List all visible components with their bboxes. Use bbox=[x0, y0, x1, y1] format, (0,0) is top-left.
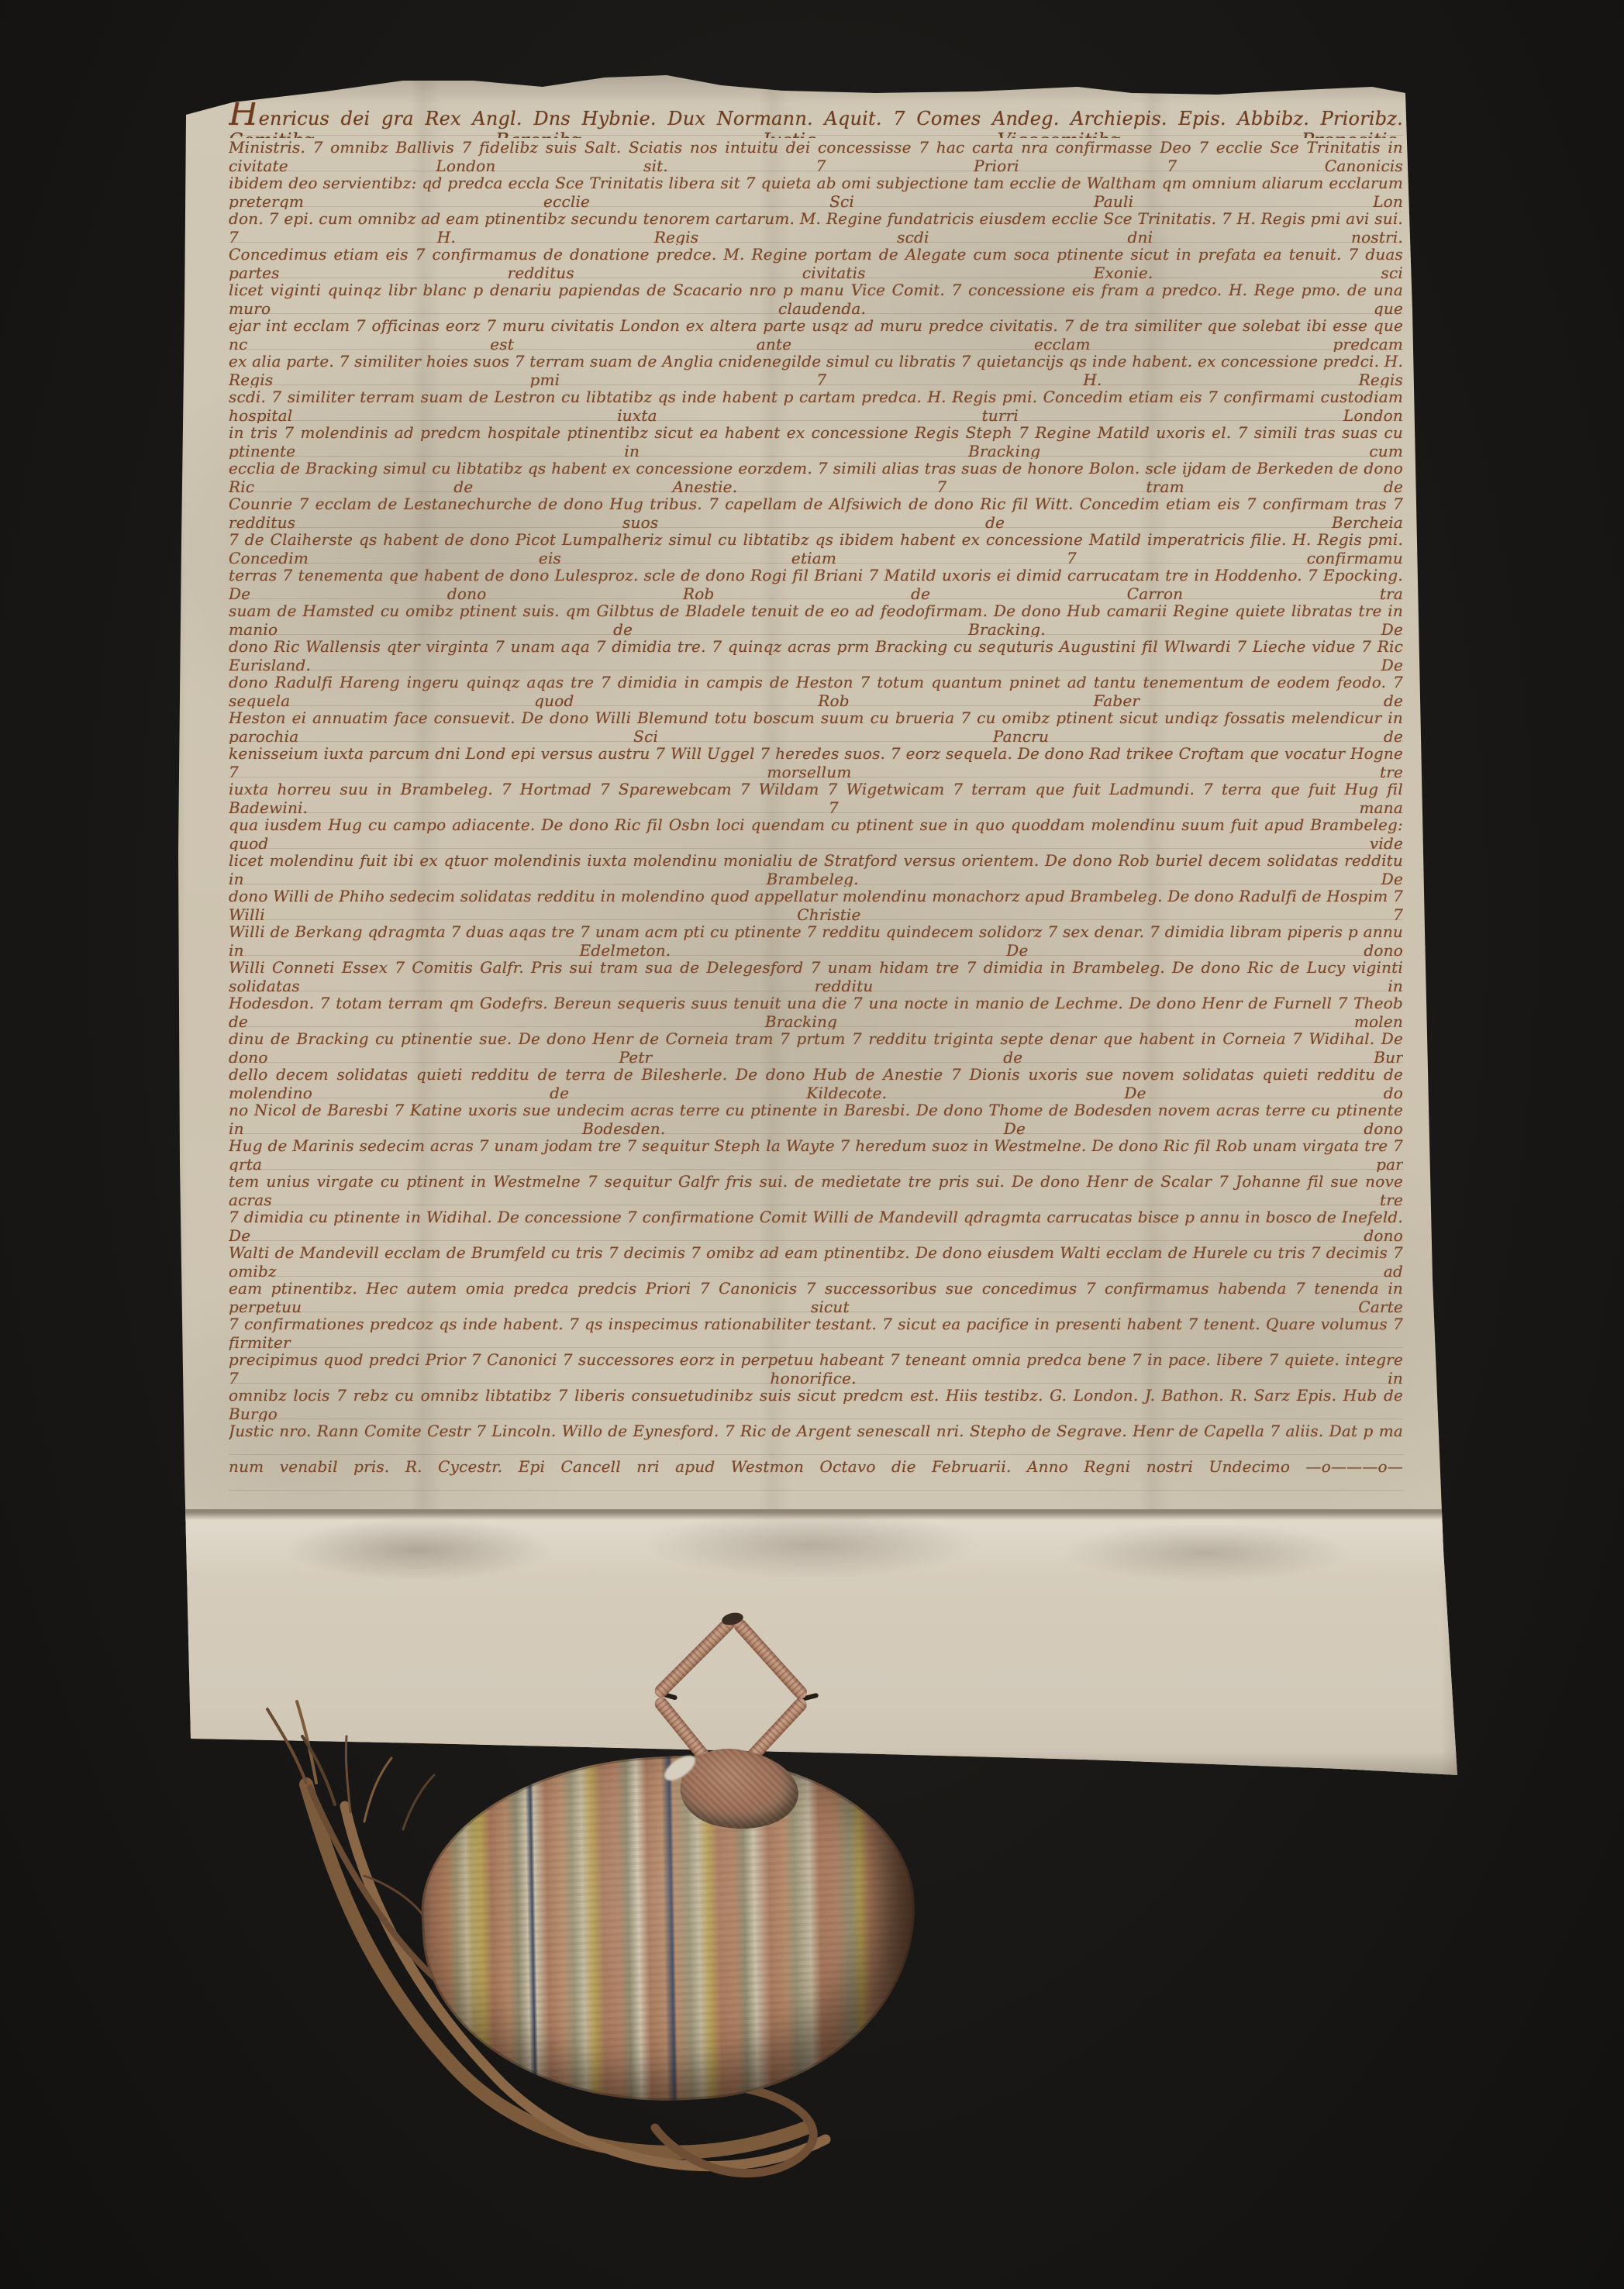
charter-text-line: dono Ric Wallensis qter virginta 7 unam … bbox=[229, 637, 1403, 673]
charter-text-block: Henricus dei gra Rex Angl. Dns Hybnie. D… bbox=[229, 102, 1403, 1493]
charter-text-line: eam ptinentibz. Hec autem omia predca pr… bbox=[229, 1279, 1403, 1315]
charter-text-line: no Nicol de Baresbi 7 Katine uxoris sue … bbox=[229, 1101, 1403, 1136]
charter-text-line: dono Radulfi Hareng ingeru quinqz aqas t… bbox=[229, 673, 1403, 708]
charter-text-line: Willi Conneti Essex 7 Comitis Galfr. Pri… bbox=[229, 958, 1403, 994]
braid-fray bbox=[302, 1736, 335, 1805]
charter-text-line: precipimus quod predci Prior 7 Canonici … bbox=[229, 1350, 1403, 1386]
charter-text-line: dinu de Bracking cu ptinentie sue. De do… bbox=[229, 1029, 1403, 1065]
charter-text-line: terras 7 tenementa que habent de dono Lu… bbox=[229, 566, 1403, 602]
charter-text-line: dono Willi de Phiho sedecim solidatas re… bbox=[229, 887, 1403, 922]
charter-text-line: Counrie 7 ecclam de Lestanechurche de do… bbox=[229, 495, 1403, 530]
charter-text-line: Justic nro. Rann Comite Cestr 7 Lincoln.… bbox=[229, 1422, 1403, 1457]
charter-text-line: licet molendinu fuit ibi ex qtuor molend… bbox=[229, 851, 1403, 887]
plica-fold bbox=[155, 1509, 1469, 1787]
charter-text-line: ejar int ecclam 7 officinas eorz 7 muru … bbox=[229, 316, 1403, 352]
charter-text-line: tem unius virgate cu ptinent in Westmeln… bbox=[229, 1172, 1403, 1208]
charter-text-line: Henricus dei gra Rex Angl. Dns Hybnie. D… bbox=[229, 102, 1403, 138]
charter-text-line: 7 dimidia cu ptinente in Widihal. De con… bbox=[229, 1208, 1403, 1243]
charter-text-line: licet viginti quinqz libr blanc p denari… bbox=[229, 281, 1403, 316]
photograph-backdrop: Henricus dei gra Rex Angl. Dns Hybnie. D… bbox=[0, 0, 1624, 2289]
charter-text-line: iuxta horreu suu in Brambeleg. 7 Hortmad… bbox=[229, 780, 1403, 815]
braid-fray bbox=[364, 1876, 422, 1915]
charter-text-line: in tris 7 molendinis ad predcm hospitale… bbox=[229, 423, 1403, 459]
charter-text-line: omnibz locis 7 rebz cu omnibz libtatibz … bbox=[229, 1386, 1403, 1422]
charter-text-line: 7 confirmationes predcoz qs inde habent.… bbox=[229, 1315, 1403, 1350]
charter-text-line: Hodesdon. 7 totam terram qm Godefrs. Ber… bbox=[229, 994, 1403, 1029]
charter-text-line: don. 7 epi. cum omnibz ad eam ptinentibz… bbox=[229, 209, 1403, 245]
charter-text-line: 7 de Claiherste qs habent de dono Picot … bbox=[229, 530, 1403, 566]
charter-text-line: Hug de Marinis sedecim acras 7 unam joda… bbox=[229, 1136, 1403, 1172]
charter-text-line: Walti de Mandevill ecclam de Brumfeld cu… bbox=[229, 1243, 1403, 1279]
charter-text-line: dello decem solidatas quieti redditu de … bbox=[229, 1065, 1403, 1101]
charter-text-line: scdi. 7 similiter terram suam de Lestron… bbox=[229, 388, 1403, 423]
charter-text-line: Heston ei annuatim face consuevit. De do… bbox=[229, 708, 1403, 744]
braid-fray bbox=[364, 1758, 391, 1822]
charter-text-line: Willi de Berkang qdragmta 7 duas aqas tr… bbox=[229, 922, 1403, 958]
braid-strand bbox=[310, 1787, 442, 1984]
charter-parchment: Henricus dei gra Rex Angl. Dns Hybnie. D… bbox=[155, 70, 1469, 1787]
seal-bag bbox=[414, 1744, 924, 2114]
charter-text-line: num venabil pris. R. Cycestr. Epi Cancel… bbox=[229, 1457, 1403, 1493]
braid-fray bbox=[403, 1775, 434, 1829]
charter-text-line: suam de Hamsted cu omibz ptinent suis. q… bbox=[229, 602, 1403, 637]
charter-text-line: qua iusdem Hug cu campo adiacente. De do… bbox=[229, 815, 1403, 851]
charter-text-line: Concedimus etiam eis 7 confirmamus de do… bbox=[229, 245, 1403, 281]
braid-fray bbox=[346, 1736, 350, 1812]
charter-text-line: Ministris. 7 omnibz Ballivis 7 fidelibz … bbox=[229, 138, 1403, 174]
charter-text-line: kenisseium iuxta parcum dni Lond epi ver… bbox=[229, 744, 1403, 780]
charter-text-line: ex alia parte. 7 similiter hoies suos 7 … bbox=[229, 352, 1403, 388]
charter-text-line: ecclia de Bracking simul cu libtatibz qs… bbox=[229, 459, 1403, 495]
charter-text-line: ibidem deo servientibz: qd predca eccla … bbox=[229, 174, 1403, 209]
